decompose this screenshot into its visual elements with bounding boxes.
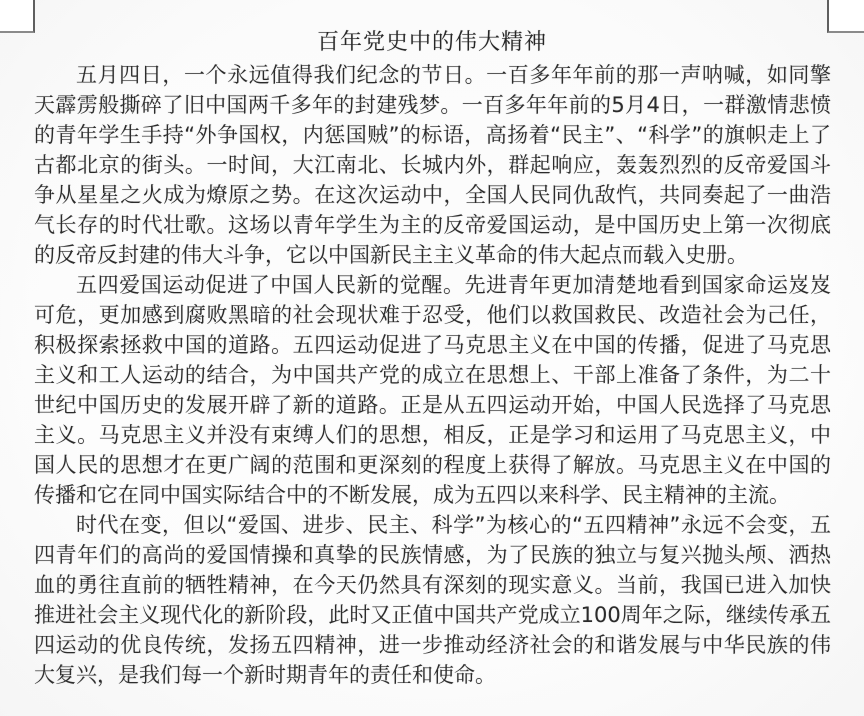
paragraph-2: 五四爱国运动促进了中国人民新的觉醒。先进青年更加清楚地看到国家命运岌岌可危，更加… bbox=[34, 270, 831, 510]
page-title: 百年党史中的伟大精神 bbox=[0, 29, 864, 57]
paragraph-1: 五月四日，一个永远值得我们纪念的节日。一百多年年前的那一声呐喊，如同擎天霹雳般撕… bbox=[34, 60, 831, 270]
document-page: 百年党史中的伟大精神 五月四日，一个永远值得我们纪念的节日。一百多年年前的那一声… bbox=[0, 0, 864, 716]
box-border-fragment-top-left bbox=[0, 0, 35, 33]
paragraph-3: 时代在变，但以“爱国、进步、民主、科学”为核心的“五四精神”永远不会变，五四青年… bbox=[34, 510, 831, 690]
box-border-fragment-top-right bbox=[827, 0, 864, 33]
document-body: 五月四日，一个永远值得我们纪念的节日。一百多年年前的那一声呐喊，如同擎天霹雳般撕… bbox=[34, 60, 831, 690]
